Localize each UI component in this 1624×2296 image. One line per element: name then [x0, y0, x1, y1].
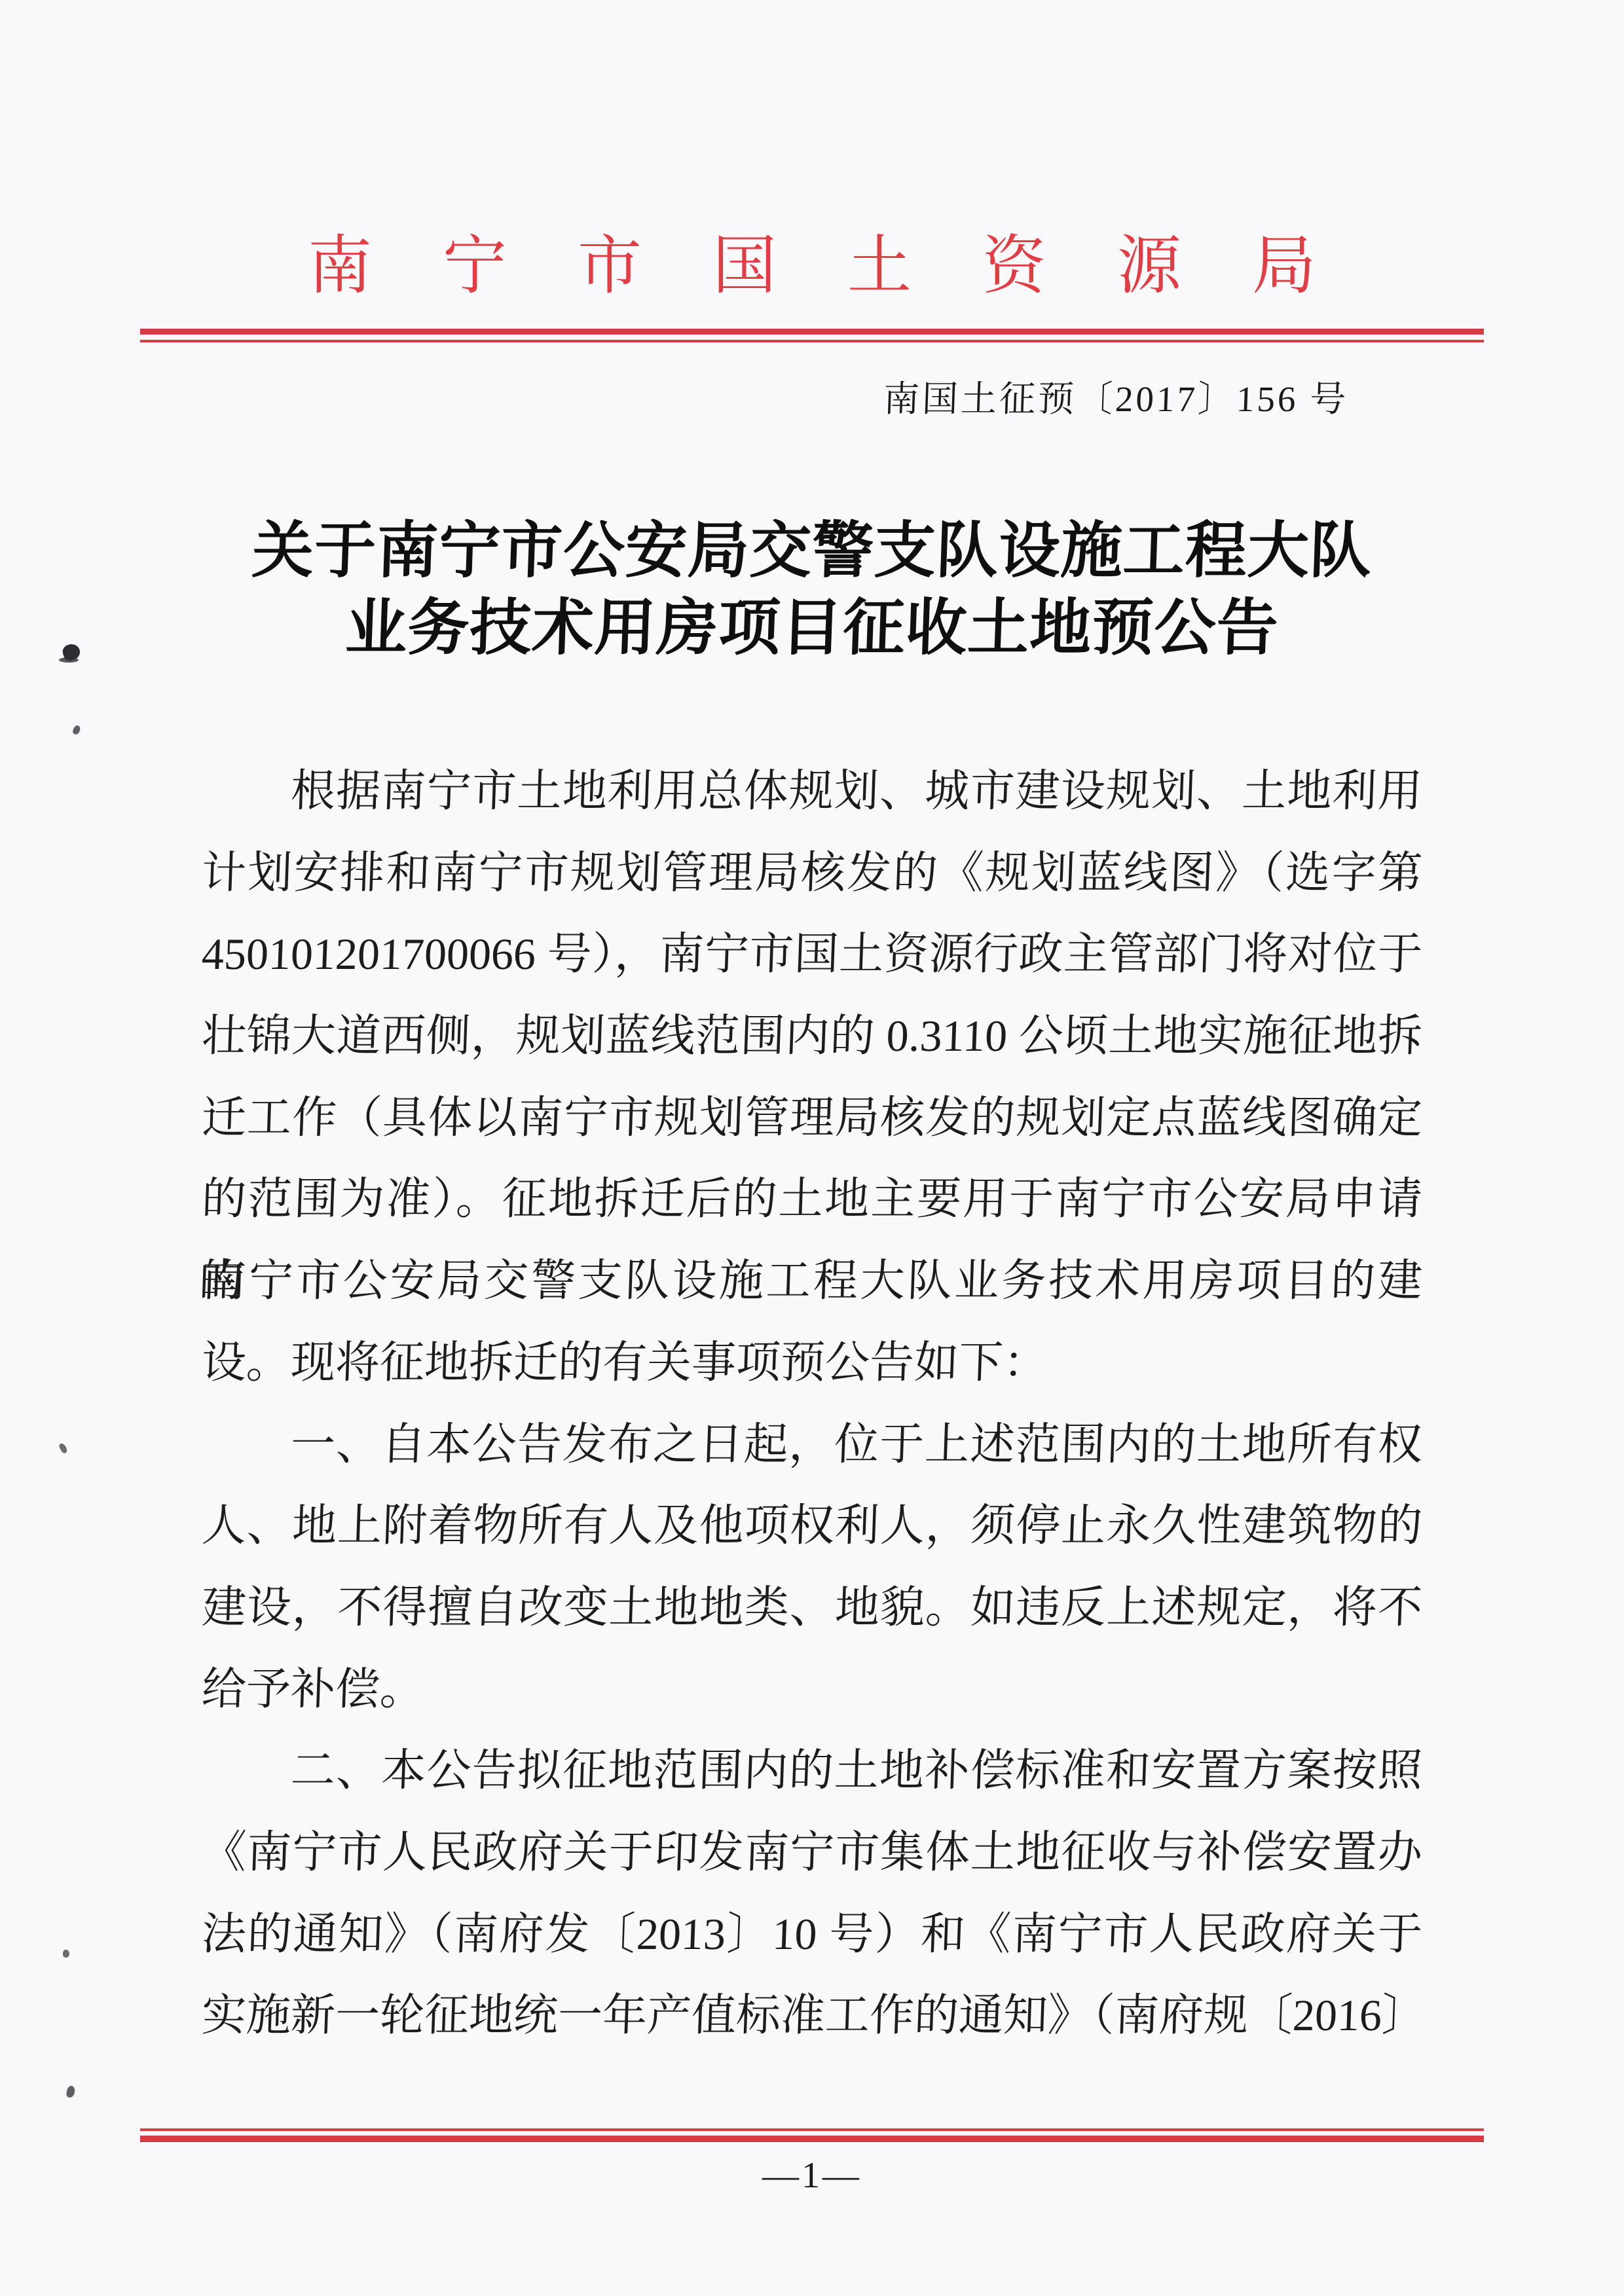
- body-line: 设。现将征地拆迁的有关事项预公告如下：: [200, 1322, 1424, 1404]
- scan-artifact: [65, 2085, 76, 2098]
- org-name-char: 局: [1252, 230, 1316, 302]
- footer-rule-thin: [140, 2128, 1484, 2131]
- body-line: 人、地上附着物所有人及他项权利人，须停止永久性建筑物的: [200, 1485, 1424, 1567]
- body-line: 壮锦大道西侧，规划蓝线范围内的 0.3110 公顷土地实施征地拆: [200, 995, 1424, 1077]
- scan-artifact: [63, 1950, 69, 1958]
- footer-rule-thick: [140, 2136, 1484, 2142]
- document-title-line2: 业务技术用房项目征收土地预公告: [0, 589, 1624, 666]
- org-name-char: 源: [1117, 230, 1181, 302]
- document-body: 根据南宁市土地利用总体规划、城市建设规划、土地利用 计划安排和南宁市规划管理局核…: [202, 750, 1422, 2056]
- body-line: 建设，不得擅自改变土地地类、地貌。如违反上述规定，将不: [200, 1567, 1424, 1649]
- body-line: 的范围为准）。征地拆迁后的土地主要用于南宁市公安局申请的: [200, 1158, 1424, 1240]
- body-line: 实施新一轮征地统一年产值标准工作的通知》（南府规〔2016〕: [200, 1975, 1424, 2056]
- body-line: 计划安排和南宁市规划管理局核发的《规划蓝线图》（选字第: [200, 832, 1424, 914]
- org-name-char: 国: [712, 230, 777, 302]
- body-line: 迁工作（具体以南宁市规划管理局核发的规划定点蓝线图确定: [200, 1077, 1424, 1159]
- body-line: 一、自本公告发布之日起，位于上述范围内的土地所有权: [200, 1404, 1424, 1485]
- org-name-char: 资: [982, 230, 1046, 302]
- body-line: 450101201700066 号），南宁市国土资源行政主管部门将对位于: [200, 913, 1424, 995]
- letterhead-org-name: 南 宁 市 国 土 资 源 局: [308, 230, 1316, 302]
- page-number: —1—: [0, 2155, 1624, 2196]
- org-name-char: 土: [847, 230, 912, 302]
- document-number: 南国土征预〔2017〕156 号: [883, 380, 1349, 419]
- body-line: 给予补偿。: [200, 1649, 1424, 1730]
- header-rule-thick: [140, 329, 1484, 335]
- body-line: 法的通知》（南府发〔2013〕10 号）和《南宁市人民政府关于: [200, 1893, 1424, 1975]
- scan-artifact: [72, 725, 82, 736]
- scan-artifact: [59, 657, 79, 663]
- body-line: 二、本公告拟征地范围内的土地补偿标准和安置方案按照: [200, 1730, 1424, 1812]
- body-line: 根据南宁市土地利用总体规划、城市建设规划、土地利用: [200, 750, 1424, 832]
- header-rule-thin: [140, 340, 1484, 342]
- org-name-char: 南: [308, 230, 372, 302]
- scan-artifact: [58, 1442, 69, 1454]
- body-line: 南宁市公安局交警支队设施工程大队业务技术用房项目的建: [200, 1240, 1424, 1322]
- document-title: 关于南宁市公安局交警支队设施工程大队 业务技术用房项目征收土地预公告: [0, 512, 1624, 666]
- org-name-char: 市: [578, 230, 642, 302]
- org-name-char: 宁: [443, 230, 507, 302]
- document-title-line1: 关于南宁市公安局交警支队设施工程大队: [0, 512, 1624, 589]
- body-line: 《南宁市人民政府关于印发南宁市集体土地征收与补偿安置办: [200, 1812, 1424, 1893]
- scanned-document-page: 南 宁 市 国 土 资 源 局 南国土征预〔2017〕156 号 关于南宁市公安…: [0, 0, 1624, 2296]
